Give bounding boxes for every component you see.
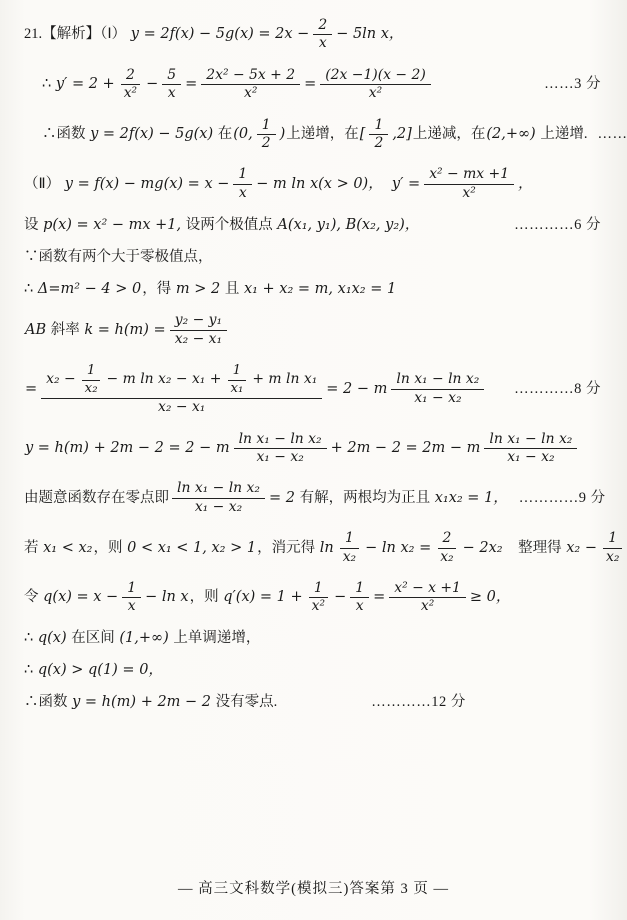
math-run: q(x) > q(1) = 0， [37,661,164,680]
fraction: 1x² [307,580,330,616]
fraction: 1x₂ [601,530,624,566]
math-run: 1 [237,166,248,183]
math-run: q′(x) = 1 + [222,588,303,607]
fraction: ln x₁ − ln x₂x₁ − x₂ [391,371,484,407]
math-run: ， [517,175,534,194]
math-run: A(x₁, y₁), B(x₂, y₂)， [276,216,420,235]
math-run: m > 2 [175,280,221,299]
math-run: x₁ − x₂ [506,449,555,466]
formula-line: y = h(m) + 2m − 2 = 2 − mln x₁ − ln x₂x₁… [24,430,601,468]
math-run: 1 [261,117,272,134]
score-marker: …………6 分 [504,216,601,235]
denominator: 2 [257,135,276,152]
math-run: = [24,380,38,399]
text-run: 没有零点. [212,693,277,712]
math-run: x₁ − x₂ [413,390,462,407]
math-run: q(x) [37,629,68,648]
text-run: ∴函数 [24,693,71,712]
text-run: ∵函数有两个大于零极值点， [24,248,213,267]
text-run: 斜率 [47,321,83,340]
math-run: − [333,588,347,607]
math-run: − ln x₂ = [364,539,432,558]
math-run: x [318,35,328,52]
math-run: x [355,598,365,615]
math-run: 1 [354,580,365,597]
denominator: x [234,185,252,202]
math-run: 2 [125,67,136,84]
fraction: (2x −1)(x − 2)x² [320,67,431,103]
denominator: x² [457,185,480,202]
math-run: − ln x [144,588,190,607]
text-run: 上单调递增， [170,629,261,648]
math-run: x₂ − [565,539,598,558]
numerator: 1 [369,117,388,135]
math-run: 2 [442,530,453,547]
denominator: x² [239,85,262,102]
math-run: 2 [317,17,328,34]
math-run: ln x₁ − ln x₂ [176,480,261,497]
math-run: 2x² − 5x + 2 [205,67,296,84]
math-run: ln x₁ − ln x₂ [488,431,573,448]
fraction: 1x [122,580,141,616]
text-run: 上递增，在 [286,125,359,144]
text-run: ，消元得 [257,539,319,558]
fraction: ln x₁ − ln x₂x₁ − x₂ [484,431,577,467]
fraction: 5x [162,67,181,103]
math-run: y = 2f(x) − 5g(x) [89,125,214,144]
formula-line: ∴函数 y = h(m) + 2m − 2 没有零点.…………12 分 [24,693,601,713]
math-run: 1 [607,530,618,547]
formula-line: 若 x₁ < x₂，则 0 < x₁ < 1, x₂ > 1，消元得 ln1x₂… [24,529,601,567]
math-run: 2 [373,135,384,152]
numerator: 1 [350,580,369,598]
denominator: x₁ − x₂ [502,449,559,466]
numerator: 1 [228,363,247,381]
text-run: 且 [221,280,243,299]
math-run: ln [319,539,335,558]
text-run: ，得 [142,280,175,299]
fraction: ln x₁ − ln x₂x₁ − x₂ [234,431,327,467]
fraction: 12 [257,117,276,153]
formula-line: ∴函数 y = 2f(x) − 5g(x) 在(0,12)上递增，在[12,2]… [24,116,601,154]
numerator: 1 [233,166,252,184]
formula-line: AB 斜率 k = h(m) =y₂ − y₁x₂ − x₁ [24,311,601,349]
text-run: ，则 [190,588,223,607]
math-run: k = h(m) = [83,321,166,340]
math-run: = [303,75,317,94]
fraction: 2x² − 5x + 2x² [201,67,300,103]
math-run: x₂ [605,549,620,566]
numerator: (2x −1)(x − 2) [320,67,431,85]
math-run: y = f(x) − mg(x) = x − [64,175,231,194]
math-run: x² [420,598,435,615]
formula-line: =x₂ −1x₂− m ln x₂ − x₁ +1x₁+ m ln x₁x₂ −… [24,361,601,418]
math-run: = 2 − m [325,380,388,399]
math-run: 1 [86,363,97,380]
fraction: 2x [313,17,332,53]
math-run: x₁ + x₂ = m, x₁x₂ = 1 [243,280,397,299]
denominator: x² [307,598,330,615]
math-run: ln x₁ − ln x₂ [238,431,323,448]
numerator: 1 [309,580,328,598]
denominator: 2 [369,135,388,152]
numerator: x² − mx +1 [424,166,514,184]
numerator: 2x² − 5x + 2 [201,67,300,85]
math-run: − [145,75,159,94]
formula-line: ∵函数有两个大于零极值点， [24,247,601,267]
math-run: x₂ [439,549,454,566]
math-run: (0, [232,125,254,144]
math-run: y = h(m) + 2m − 2 [71,693,212,712]
math-run: (2,+∞) [485,125,536,144]
fraction: ln x₁ − ln x₂x₁ − x₂ [172,480,265,516]
formula-lines-container: 21.【解析】（Ⅰ） y = 2f(x) − 5g(x) = 2x −2x− 5… [24,16,601,713]
denominator: x₁ − x₂ [251,449,308,466]
math-run: x² [368,85,383,102]
fraction: 1x₁ [225,363,248,397]
fraction: 1x [233,166,252,202]
math-run: ln x₁ − ln x₂ [395,371,480,388]
numerator: 1 [603,530,622,548]
math-run: AB [24,321,47,340]
math-run: (2x −1)(x − 2) [324,67,427,84]
numerator: y₂ − y₁ [170,312,227,330]
math-run: = [372,588,386,607]
score-marker: ……5 分 [587,125,627,144]
text-run: 上递减，在 [413,125,486,144]
fraction: x² − mx +1x² [424,166,514,202]
math-run: − m ln x₂ − x₁ + [106,371,223,388]
numerator: ln x₁ − ln x₂ [172,480,265,498]
denominator: x₂ [80,381,103,398]
numerator: ln x₁ − ln x₂ [234,431,327,449]
text-run: 在 [214,125,232,144]
formula-line: ∴ Δ=m² − 4 > 0，得 m > 2 且 x₁ + x₂ = m, x₁… [24,279,601,299]
math-run: x₂ [84,381,99,398]
text-run: ∴ [42,75,55,94]
math-run: ,2] [391,125,413,144]
score-marker: …………12 分 [361,693,466,712]
text-run: 令 [24,588,42,607]
formula-line: （Ⅱ） y = f(x) − mg(x) = x −1x− m ln x(x >… [24,165,601,203]
fraction: 1x [350,580,369,616]
solution-content: 21.【解析】（Ⅰ） y = 2f(x) − 5g(x) = 2x −2x− 5… [0,0,627,713]
text-run: 上递增. [537,125,588,144]
math-run: x₁ − x₂ [255,449,304,466]
denominator: x₂ − x₁ [170,331,227,348]
numerator: x₂ −1x₂− m ln x₂ − x₁ +1x₁+ m ln x₁ [41,362,322,399]
math-run: 1 [313,580,324,597]
math-run: 1 [232,363,243,380]
denominator: x₂ [601,549,624,566]
text-run: 由题意函数存在零点即 [24,489,169,508]
page-footer: — 高三文科数学(模拟三)答案第 3 页 — [0,877,627,898]
math-run: − 2x₂ [462,539,504,558]
math-run: y = h(m) + 2m − 2 = 2 − m [24,439,231,458]
denominator: x₁ − x₂ [190,499,247,516]
numerator: x² − x +1 [389,580,466,598]
fraction: 1x₂ [80,363,103,397]
math-run: y′ = 2 + [55,75,116,94]
denominator: x [314,35,332,52]
text-run: 设 [24,216,42,235]
numerator: 1 [82,363,101,381]
math-run: x₁ − x₂ [194,499,243,516]
text-run: 整理得 [504,539,566,558]
math-run: ) [279,125,287,144]
math-run: p(x) = x² − mx +1, [42,216,182,235]
math-run: + 2m − 2 = 2m − m [330,439,482,458]
numerator: 5 [162,67,181,85]
math-run: x² − mx +1 [428,166,510,183]
text-run: 设两个极值点 [182,216,276,235]
denominator: x₂ [435,549,458,566]
math-run: x [127,598,137,615]
fraction: 2x² [119,67,142,103]
math-run: x₁ [229,381,244,398]
math-run: x₂ − [45,371,77,388]
numerator: 2 [438,530,457,548]
denominator: x₂ − x₁ [153,399,210,416]
denominator: x [163,85,181,102]
denominator: x [351,598,369,615]
math-run: q(x) = x − [42,588,119,607]
text-run: 21.【解析】（Ⅰ） [24,25,130,44]
formula-line: ∴ y′ = 2 +2x²−5x=2x² − 5x + 2x²=(2x −1)(… [24,66,601,104]
math-run: x² [243,85,258,102]
text-run: ∴函数 [42,125,89,144]
math-run: 1 [344,530,355,547]
denominator: x₁ − x₂ [409,390,466,407]
score-marker: ……3 分 [534,75,601,94]
text-run: ∴ [24,629,37,648]
math-run: (1,+∞) [118,629,169,648]
math-run: 2 [261,135,272,152]
math-run: [ [359,125,367,144]
numerator: 2 [121,67,140,85]
math-run: Δ=m² − 4 > 0 [37,280,142,299]
math-run: x [238,185,248,202]
math-run: = 2 [268,489,296,508]
math-run: 1 [373,117,384,134]
math-run: 5 [166,67,177,84]
formula-line: ∴ q(x) 在区间 (1,+∞) 上单调递增， [24,629,601,649]
formula-line: 令 q(x) = x −1x− ln x，则 q′(x) = 1 +1x²−1x… [24,579,601,617]
fraction: x₂ −1x₂− m ln x₂ − x₁ +1x₁+ m ln x₁x₂ − … [41,362,322,417]
text-run: （Ⅱ） [24,175,64,194]
numerator: 2 [313,17,332,35]
math-run: y₂ − y₁ [174,312,223,329]
numerator: 1 [257,117,276,135]
fraction: 1x₂ [338,530,361,566]
numerator: ln x₁ − ln x₂ [484,431,577,449]
fraction: 12 [369,117,388,153]
formula-line: 设 p(x) = x² − mx +1, 设两个极值点 A(x₁, y₁), B… [24,215,601,235]
math-run: + m ln x₁ [251,371,318,388]
score-marker: …………9 分 [509,489,606,508]
denominator: x² [119,85,142,102]
math-run: ≥ 0， [469,588,511,607]
math-run: x² [311,598,326,615]
denominator: x₁ [225,381,248,398]
math-run: − m ln x(x > 0)， y′ = [255,175,421,194]
fraction: x² − x +1x² [389,580,466,616]
text-run: ∴ [24,661,37,680]
denominator: x₂ [338,549,361,566]
denominator: x² [364,85,387,102]
denominator: x² [416,598,439,615]
text-run: ，则 [93,539,126,558]
fraction: y₂ − y₁x₂ − x₁ [170,312,227,348]
fraction: 2x₂ [435,530,458,566]
math-run: x [167,85,177,102]
math-run: x₂ [342,549,357,566]
math-run: x₂ − x₁ [174,331,223,348]
scanned-answer-page: 21.【解析】（Ⅰ） y = 2f(x) − 5g(x) = 2x −2x− 5… [0,0,627,920]
text-run: 有解，两根均为正且 [296,489,434,508]
math-run: 1 [126,580,137,597]
text-run: 若 [24,539,42,558]
numerator: ln x₁ − ln x₂ [391,371,484,389]
math-run: x₂ − x₁ [157,399,206,416]
formula-line: 由题意函数存在零点即ln x₁ − ln x₂x₁ − x₂= 2 有解，两根均… [24,479,601,517]
numerator: 1 [340,530,359,548]
math-run: x₁x₂ = 1， [434,489,509,508]
text-run: 在区间 [68,629,119,648]
formula-line: 21.【解析】（Ⅰ） y = 2f(x) − 5g(x) = 2x −2x− 5… [24,16,601,54]
math-run: x² [123,85,138,102]
denominator: x [123,598,141,615]
math-run: 0 < x₁ < 1, x₂ > 1 [126,539,257,558]
text-run: ∴ [24,280,37,299]
math-run: = [184,75,198,94]
math-run: x² − x +1 [393,580,462,597]
score-marker: …………8 分 [504,380,601,399]
numerator: 1 [122,580,141,598]
math-run: − 5ln x， [335,25,404,44]
math-run: x₁ < x₂ [42,539,93,558]
math-run: y = 2f(x) − 5g(x) = 2x − [130,25,311,44]
formula-line: ∴ q(x) > q(1) = 0， [24,661,601,681]
math-run: x² [461,185,476,202]
